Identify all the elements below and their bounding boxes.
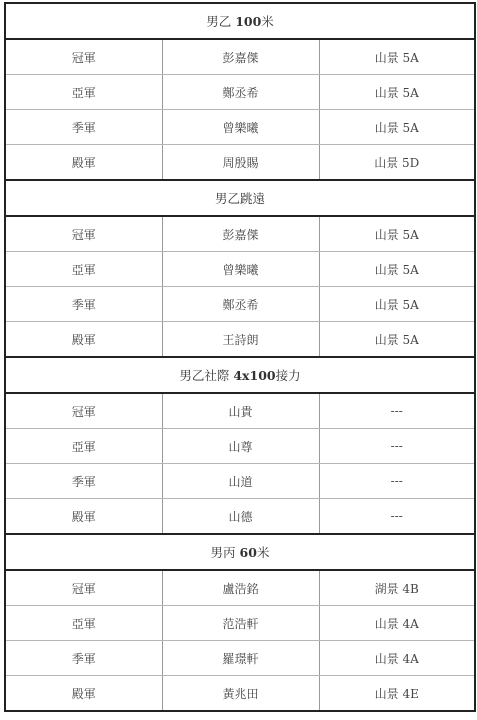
result-row: 亞軍 山尊 ---	[5, 429, 475, 464]
class-cell: 山景 5A	[319, 252, 475, 287]
results-document: 男乙 100米 冠軍 彭嘉傑 山景 5A 亞軍 鄭丞希 山景 5A 季軍 曾樂曦…	[4, 2, 474, 712]
class-cell: 山景 4E	[319, 676, 475, 712]
result-row: 冠軍 彭嘉傑 山景 5A	[5, 216, 475, 252]
results-table: 男乙 100米 冠軍 彭嘉傑 山景 5A 亞軍 鄭丞希 山景 5A 季軍 曾樂曦…	[4, 2, 476, 712]
class-cell: 山景 5A	[319, 110, 475, 145]
athlete-name-cell: 彭嘉傑	[162, 39, 319, 75]
place-cell: 殿軍	[5, 499, 162, 535]
place-cell: 冠軍	[5, 393, 162, 429]
athlete-name-cell: 黃兆田	[162, 676, 319, 712]
athlete-name-cell: 周殷賜	[162, 145, 319, 181]
athlete-name-cell: 羅璟軒	[162, 641, 319, 676]
result-row: 季軍 羅璟軒 山景 4A	[5, 641, 475, 676]
place-cell: 殿軍	[5, 676, 162, 712]
class-cell: ---	[319, 464, 475, 499]
class-cell: 山景 5A	[319, 216, 475, 252]
event-title: 男丙 60米	[5, 534, 475, 570]
place-cell: 季軍	[5, 287, 162, 322]
class-cell: ---	[319, 393, 475, 429]
athlete-name-cell: 范浩軒	[162, 606, 319, 641]
place-cell: 亞軍	[5, 606, 162, 641]
place-cell: 冠軍	[5, 39, 162, 75]
place-cell: 季軍	[5, 464, 162, 499]
house-name-cell: 山道	[162, 464, 319, 499]
place-cell: 亞軍	[5, 429, 162, 464]
class-cell: ---	[319, 499, 475, 535]
athlete-name-cell: 王詩朗	[162, 322, 319, 358]
athlete-name-cell: 鄭丞希	[162, 75, 319, 110]
place-cell: 冠軍	[5, 570, 162, 606]
result-row: 季軍 山道 ---	[5, 464, 475, 499]
class-cell: 湖景 4B	[319, 570, 475, 606]
place-cell: 冠軍	[5, 216, 162, 252]
result-row: 亞軍 范浩軒 山景 4A	[5, 606, 475, 641]
house-name-cell: 山德	[162, 499, 319, 535]
athlete-name-cell: 鄭丞希	[162, 287, 319, 322]
event-header-row: 男乙 100米	[5, 3, 475, 39]
class-cell: 山景 5A	[319, 287, 475, 322]
result-row: 殿軍 山德 ---	[5, 499, 475, 535]
class-cell: 山景 5A	[319, 322, 475, 358]
event-title: 男乙社際 4x100接力	[5, 357, 475, 393]
result-row: 季軍 曾樂曦 山景 5A	[5, 110, 475, 145]
event-header-row: 男乙跳遠	[5, 180, 475, 216]
place-cell: 殿軍	[5, 145, 162, 181]
house-name-cell: 山貴	[162, 393, 319, 429]
place-cell: 季軍	[5, 110, 162, 145]
place-cell: 亞軍	[5, 252, 162, 287]
place-cell: 亞軍	[5, 75, 162, 110]
event-title: 男乙 100米	[5, 3, 475, 39]
class-cell: 山景 4A	[319, 641, 475, 676]
result-row: 殿軍 王詩朗 山景 5A	[5, 322, 475, 358]
result-row: 亞軍 鄭丞希 山景 5A	[5, 75, 475, 110]
result-row: 殿軍 黃兆田 山景 4E	[5, 676, 475, 712]
athlete-name-cell: 曾樂曦	[162, 252, 319, 287]
class-cell: 山景 4A	[319, 606, 475, 641]
result-row: 季軍 鄭丞希 山景 5A	[5, 287, 475, 322]
place-cell: 季軍	[5, 641, 162, 676]
result-row: 亞軍 曾樂曦 山景 5A	[5, 252, 475, 287]
class-cell: 山景 5A	[319, 75, 475, 110]
event-header-row: 男丙 60米	[5, 534, 475, 570]
class-cell: ---	[319, 429, 475, 464]
athlete-name-cell: 盧浩銘	[162, 570, 319, 606]
athlete-name-cell: 曾樂曦	[162, 110, 319, 145]
athlete-name-cell: 彭嘉傑	[162, 216, 319, 252]
result-row: 殿軍 周殷賜 山景 5D	[5, 145, 475, 181]
place-cell: 殿軍	[5, 322, 162, 358]
event-title: 男乙跳遠	[5, 180, 475, 216]
result-row: 冠軍 盧浩銘 湖景 4B	[5, 570, 475, 606]
class-cell: 山景 5D	[319, 145, 475, 181]
house-name-cell: 山尊	[162, 429, 319, 464]
class-cell: 山景 5A	[319, 39, 475, 75]
result-row: 冠軍 彭嘉傑 山景 5A	[5, 39, 475, 75]
result-row: 冠軍 山貴 ---	[5, 393, 475, 429]
event-header-row: 男乙社際 4x100接力	[5, 357, 475, 393]
